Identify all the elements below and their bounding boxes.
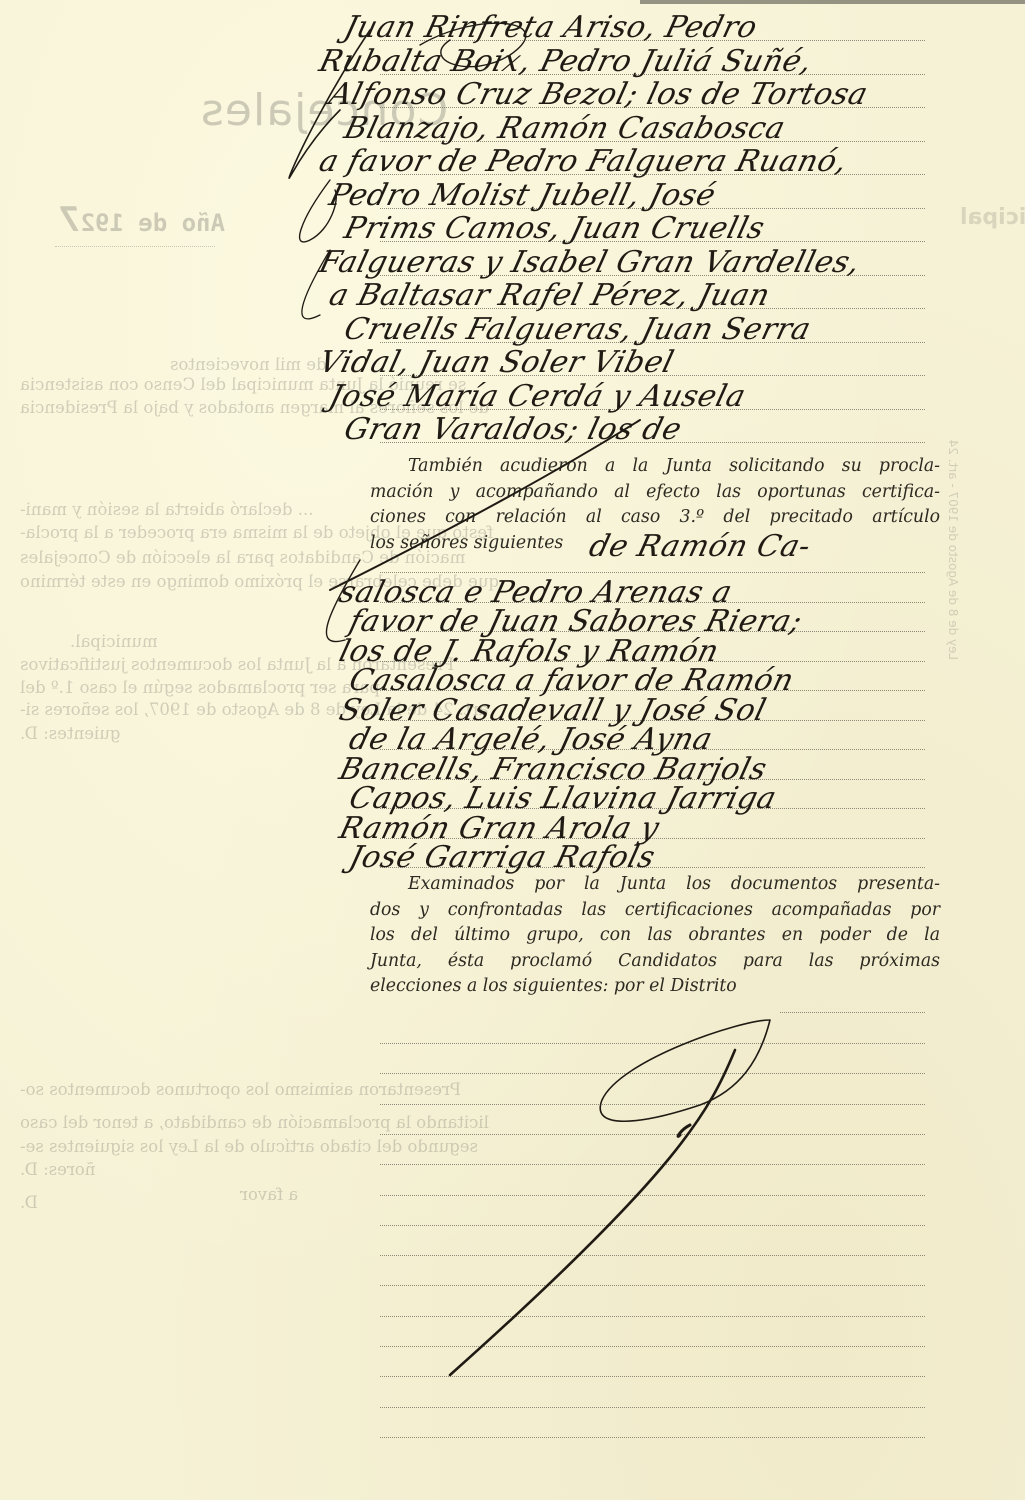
dotted-rule xyxy=(380,1073,925,1074)
printed-line: Junta, ésta proclamó Candidatos para las… xyxy=(370,949,940,975)
handwritten-line: Pedro Molist Jubell, José xyxy=(326,178,720,213)
document-page: Concejales Año de 1927 Tercero municipal… xyxy=(0,0,1025,1500)
dotted-rule xyxy=(380,1255,925,1256)
handwritten-line: Rubalta Boix, Pedro Juliá Suñé, xyxy=(316,44,816,79)
handwritten-line: Prims Camos, Juan Cruells xyxy=(341,211,769,246)
dotted-rule xyxy=(380,1376,925,1377)
dotted-rule xyxy=(380,1195,925,1196)
dotted-rule xyxy=(380,1407,925,1408)
dotted-rule xyxy=(380,1104,925,1105)
year-label-text: Año de 192 xyxy=(80,209,225,237)
page-top-edge-shadow xyxy=(640,0,1025,4)
dotted-rule xyxy=(380,1043,925,1044)
printed-line: los del último grupo, con las obrantes e… xyxy=(370,923,940,949)
bleed-through-year-label: Año de 1927 xyxy=(60,200,225,240)
dotted-rule xyxy=(380,1164,925,1165)
bleed-through-line: para ser proclamados según el caso 1.º d… xyxy=(20,678,380,697)
bleed-through-line: ñores: D. xyxy=(20,1160,95,1179)
dotted-rule xyxy=(380,1346,925,1347)
bleed-through-line: D. xyxy=(20,1193,38,1212)
printed-line: mación y acompañando al efecto las oport… xyxy=(370,480,940,506)
printed-paragraph-2: Examinados por la Junta los documentos p… xyxy=(370,872,940,1000)
printed-line: Examinados por la Junta los documentos p… xyxy=(370,872,940,898)
bleed-through-side-heading: Tercero municipal xyxy=(960,205,1025,230)
printed-line: dos y confrontadas las certificaciones a… xyxy=(370,898,940,924)
handwritten-line: a Baltasar Rafel Pérez, Juan xyxy=(326,278,774,313)
handwritten-line: Gran Varaldos; los de xyxy=(341,412,686,447)
dotted-rule xyxy=(380,1134,925,1135)
bleed-through-line: a favor xyxy=(240,1185,298,1204)
bleed-through-vertical-text: Ley de 8 de Agosto de 1907 - art. 24 xyxy=(946,440,960,660)
handwritten-line: Alfonso Cruz Bezol; los de Tortosa xyxy=(326,77,872,112)
handwritten-line: Cruells Falgueras, Juan Serra xyxy=(341,312,815,347)
handwritten-line: Falgueras y Isabel Gran Vardelles, xyxy=(316,245,864,280)
dotted-rule xyxy=(380,1316,925,1317)
dotted-rule xyxy=(380,1437,925,1438)
year-rule xyxy=(55,246,215,247)
printed-line: ciones con relación al caso 3.º del prec… xyxy=(370,505,940,531)
printed-line: También acudieron a la Junta solicitando… xyxy=(370,454,940,480)
dotted-rule xyxy=(780,1012,925,1013)
handwritten-line: a favor de Pedro Falguera Ruanó, xyxy=(316,144,851,179)
bleed-through-line: ... declaró abierta la sesión y mani- xyxy=(20,500,313,519)
handwritten-line: Juan Rinfreta Ariso, Pedro xyxy=(341,10,761,45)
handwritten-line: José María Cerdá y Ausela xyxy=(326,379,750,414)
dotted-rule xyxy=(380,572,925,573)
dotted-rule xyxy=(380,1225,925,1226)
year-digit-handwritten: 7 xyxy=(60,200,80,240)
bleed-through-line: municipal. xyxy=(70,632,158,651)
bleed-through-line: de mil novecientos xyxy=(170,355,327,374)
bleed-through-line: segundo del citado artículo de la Ley lo… xyxy=(20,1137,478,1156)
handwritten-line: Vidal, Juan Soler Vibel xyxy=(316,345,678,380)
dotted-rule xyxy=(380,1285,925,1286)
handwritten-line: José Garriga Rafols xyxy=(346,840,659,875)
bleed-through-line: guientes: D. xyxy=(20,724,120,743)
bleed-through-line: licitando la proclamación de candidato, … xyxy=(20,1113,489,1132)
printed-line: elecciones a los siguientes: por el Dist… xyxy=(370,974,940,1000)
bleed-through-line: Presentaron asimismo los oportunos docum… xyxy=(20,1080,461,1099)
handwritten-line: de Ramón Ca- xyxy=(586,529,815,564)
handwritten-line: Blanzajo, Ramón Casabosca xyxy=(341,111,789,146)
